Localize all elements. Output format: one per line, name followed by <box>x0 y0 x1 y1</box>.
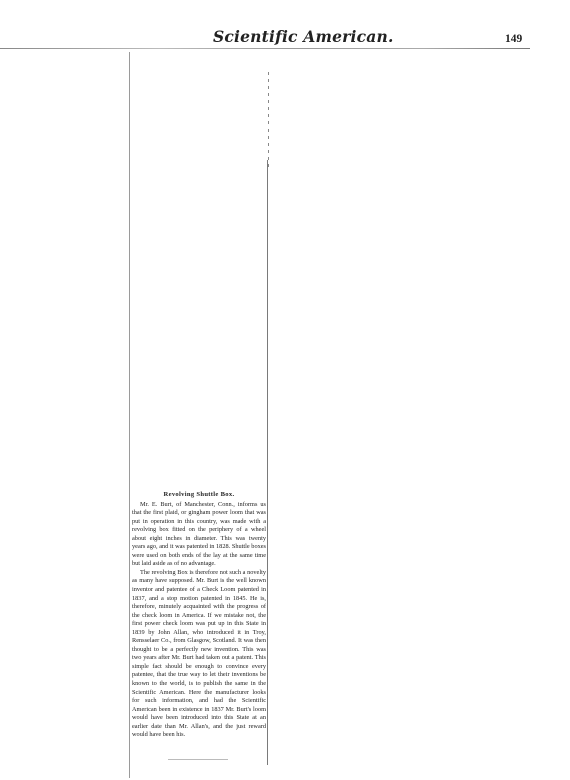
masthead-title: Scientific American. <box>213 27 394 46</box>
column-rule-right <box>267 160 268 765</box>
header-rule <box>0 48 530 49</box>
article-paragraph: Mr. E. Burt, of Manchester, Conn., infor… <box>132 501 266 569</box>
article-paragraph: The revolving Box is therefore not such … <box>132 569 266 740</box>
dotted-rule-marks <box>268 72 271 167</box>
article-revolving-shuttle-box: Revolving Shuttle Box. Mr. E. Burt, of M… <box>132 491 266 740</box>
article-title: Revolving Shuttle Box. <box>132 491 266 500</box>
page-number: 149 <box>505 33 522 45</box>
article-end-rule <box>168 759 228 760</box>
column-rule-left <box>129 52 130 778</box>
